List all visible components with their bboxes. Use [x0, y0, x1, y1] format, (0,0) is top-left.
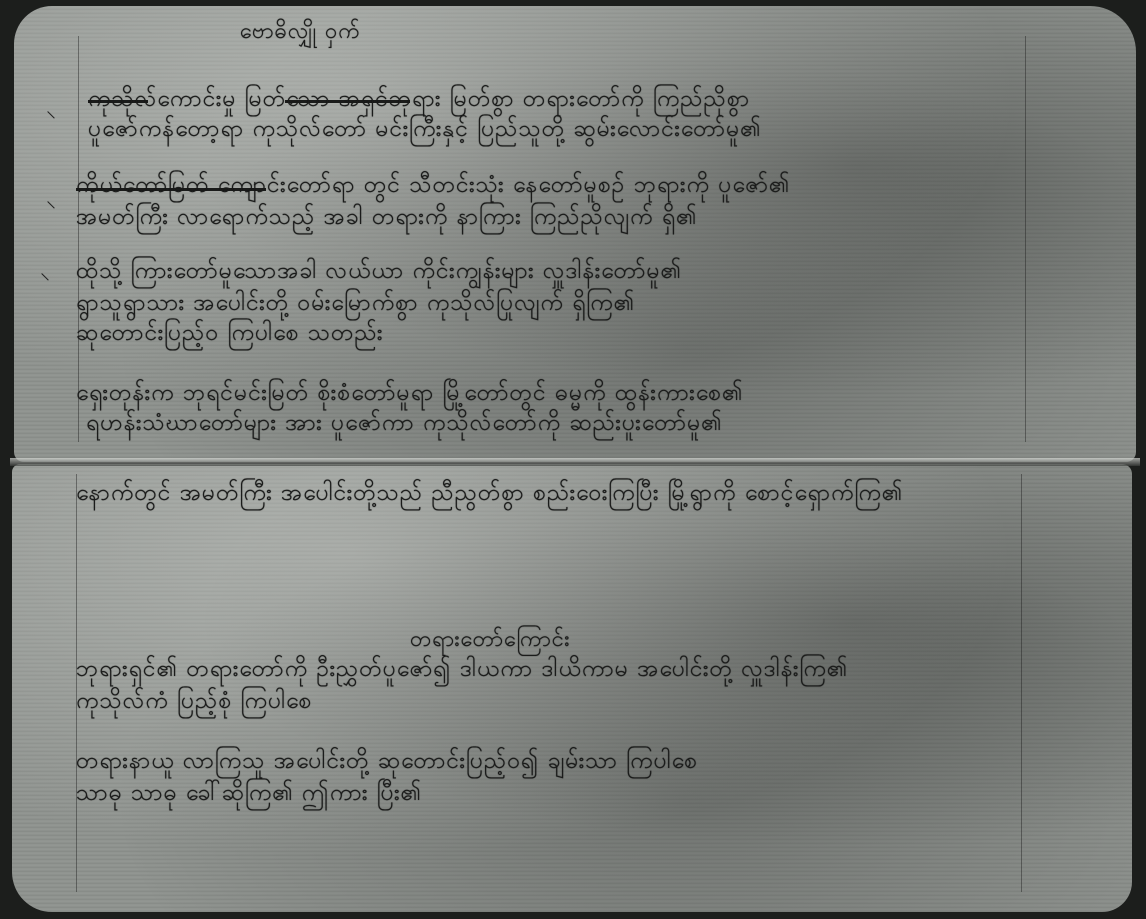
text-line: နောက်တွင် အမတ်ကြီး အပေါင်းတို့သည် ညီညွတ်…	[76, 478, 903, 512]
text-line: ရှေးတုန်းက ဘုရင်မင်းမြတ် စိုးစံတော်မူရာ …	[76, 378, 744, 412]
margin-mark: ⸜	[46, 96, 56, 123]
text-line: ပူဇော်ကန်တော့ရာ ကုသိုလ်တော် မင်းကြီးနှင့…	[88, 114, 762, 148]
text-line: သာဓု သာဓု ခေါ်ဆိုကြ၏ ဤကား ပြီး၏	[76, 778, 422, 812]
text-line: ရဟန်းသံဃာတော်များ အား ပူဇော်ကာ ကုသိုလ်တေ…	[86, 408, 723, 442]
text-line: ကုသိုလ်ကံ ပြည့်စုံ ကြပါစေ	[76, 686, 312, 720]
right-margin-rule	[1025, 36, 1026, 442]
page-fold	[10, 458, 1140, 466]
text-line: ရွာသူရွာသား အပေါင်းတို့ ဝမ်းမြောက်စွာ ကု…	[76, 288, 635, 322]
text-line: ကုသိုလ်ကောင်းမှု မြတ်သော အရှင်ဘုရား မြတ်…	[88, 84, 750, 118]
text-line: အမတ်ကြီး လာရောက်သည့် အခါ တရားကို နာကြား …	[76, 202, 698, 236]
manuscript-title: ဗောဓိလျှို ဝှက်	[240, 16, 361, 49]
right-margin-rule	[1021, 474, 1022, 892]
text-line: ဆုတောင်းပြည့်ဝ ကြပါစေ သတည်း	[76, 318, 384, 352]
text-line: ဘုရားရှင်၏ တရားတော်ကို ဦးညွှတ်ပူဇော်၍ ဒါ…	[76, 654, 848, 688]
section-heading: တရားတော်ကြောင်း	[410, 624, 571, 657]
text-line: ကိုယ်တော်မြတ် ကျောင်းတော်ရာ တွင် သီတင်းသ…	[76, 170, 791, 204]
text-line: ထိုသို့ ကြားတော်မူသောအခါ လယ်ယာ ကိုင်းကျွ…	[76, 256, 682, 290]
margin-mark: ⸜	[40, 258, 50, 285]
text-line: တရားနာယူ လာကြသူ အပေါင်းတို့ ဆုတောင်းပြည့…	[76, 746, 698, 780]
margin-mark: ⸜	[46, 186, 56, 213]
